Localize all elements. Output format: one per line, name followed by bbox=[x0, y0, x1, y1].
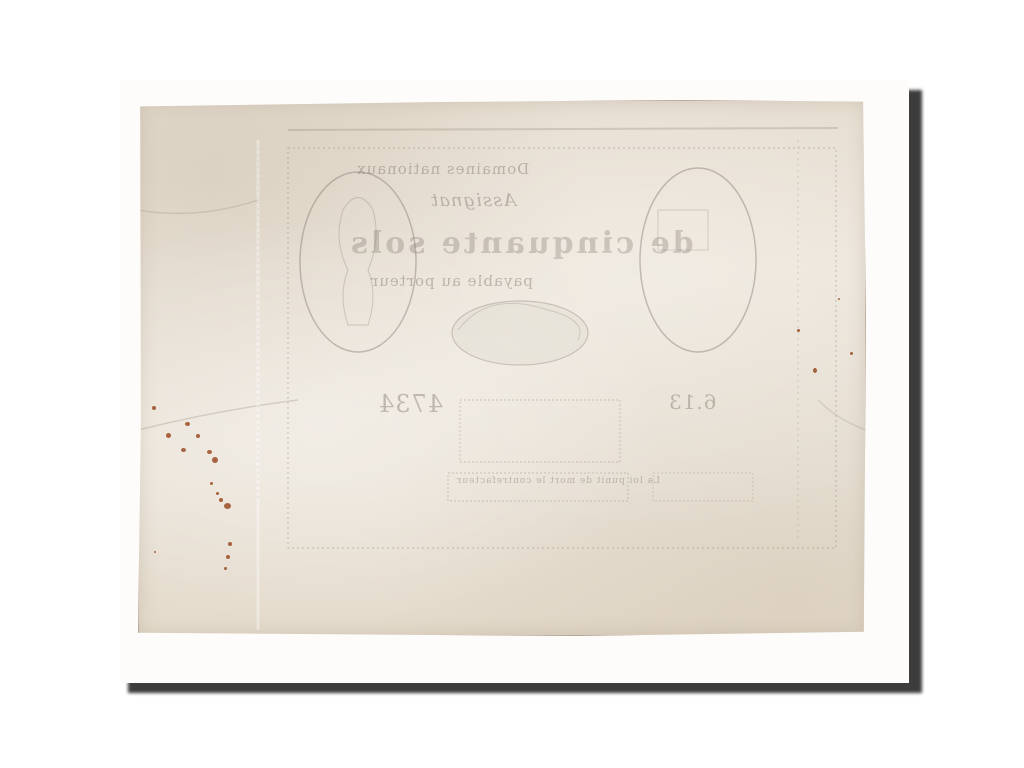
foxing-spot bbox=[226, 555, 230, 559]
foxing-spot bbox=[207, 450, 212, 454]
show-through-header: Domaines nationaux bbox=[356, 160, 529, 178]
foxing-spot bbox=[219, 498, 223, 502]
show-through-footer: La loi punit de mort le contrefacteur bbox=[456, 476, 660, 487]
foxing-spot bbox=[166, 433, 171, 438]
foxing-spot bbox=[154, 551, 156, 553]
foxing-spot bbox=[152, 406, 156, 410]
foxing-spot bbox=[813, 368, 817, 373]
foxing-spot bbox=[224, 503, 231, 509]
foxing-spot bbox=[797, 329, 800, 332]
foxing-spot bbox=[838, 298, 840, 300]
engraving-show-through bbox=[138, 100, 866, 636]
foxing-spot bbox=[210, 482, 213, 485]
show-through-denomination: de cinquante sols bbox=[348, 226, 694, 261]
foxing-spot bbox=[181, 448, 186, 452]
show-through-payable: payable au porteur bbox=[370, 272, 533, 290]
foxing-spot bbox=[224, 567, 227, 570]
show-through-serial-right: 6.13 bbox=[668, 390, 717, 414]
foxing-spot bbox=[228, 542, 232, 546]
foxing-spot bbox=[216, 492, 219, 495]
show-through-serial-left: 4734 bbox=[378, 390, 443, 418]
photo-stage: Domaines nationaux Assignat de cinquante… bbox=[0, 0, 1024, 768]
banknote: Domaines nationaux Assignat de cinquante… bbox=[138, 100, 866, 636]
foxing-spot bbox=[850, 352, 853, 355]
foxing-spot bbox=[196, 434, 200, 438]
show-through-assignat: Assignat bbox=[430, 190, 516, 211]
foxing-spot bbox=[185, 422, 190, 426]
foxing-spot bbox=[212, 457, 218, 463]
